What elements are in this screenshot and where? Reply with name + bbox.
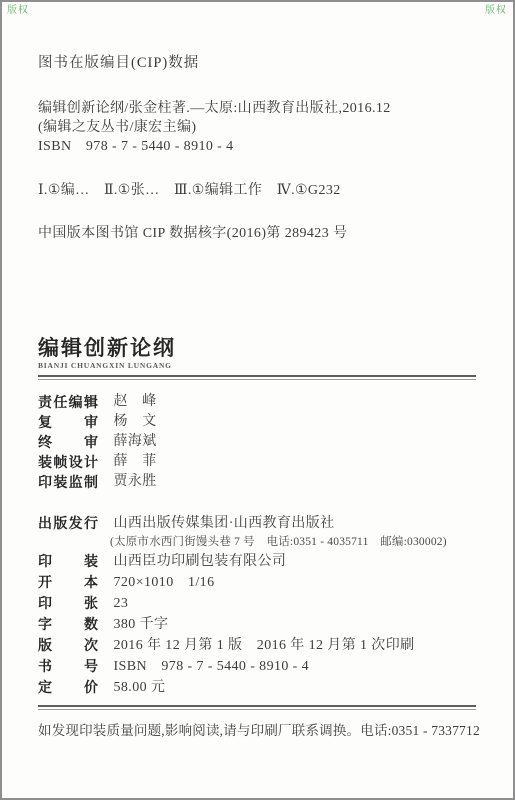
publisher-address-note: (太原市水西门街馒头巷 7 号 电话:0351 - 4035711 邮编:030… (38, 534, 476, 551)
pub-value: 2016 年 12 月第 1 版 2016 年 12 月第 1 次印刷 (114, 635, 415, 656)
pub-value: 山西臣功印刷包装有限公司 (114, 551, 287, 572)
copyright-tag-left: 版权 (7, 5, 29, 17)
pub-label: 书号 (38, 656, 98, 677)
pub-label: 开本 (38, 572, 98, 593)
pub-value: 720×1010 1/16 (114, 572, 215, 593)
pub-row-publisher: 出版发行 山西出版传媒集团·山西教育出版社 (38, 513, 476, 534)
credit-label: 装帧设计 (38, 452, 98, 472)
credit-row-print-supervision: 印装监制 贾永胜 (38, 472, 476, 492)
copyright-tag-right: 版权 (485, 5, 507, 17)
credit-row-second-review: 复审 杨 文 (38, 412, 476, 432)
book-title: 编辑创新论纲 (38, 338, 476, 360)
pub-row-format: 开本 720×1010 1/16 (38, 572, 476, 593)
pub-row-word-count: 字数 380 千字 (38, 614, 476, 635)
pub-label: 版次 (38, 635, 98, 656)
pub-value: 山西出版传媒集团·山西教育出版社 (114, 513, 335, 534)
credits-list: 责任编辑 赵 峰 复审 杨 文 终审 薛海斌 装帧设计 薛 菲 印装监制 贾永胜 (38, 392, 476, 492)
pub-label: 出版发行 (38, 513, 98, 534)
pub-label: 定价 (38, 677, 98, 698)
credit-row-final-review: 终审 薛海斌 (38, 432, 476, 452)
quality-notice: 如发现印装质量问题,影响阅读,请与印刷厂联系调换。电话:0351 - 73377… (38, 722, 476, 740)
credit-value: 薛海斌 (114, 432, 157, 452)
credit-value: 贾永胜 (114, 472, 157, 492)
credit-label: 责任编辑 (38, 392, 98, 412)
footer-divider-rule (38, 705, 476, 710)
pub-value: 58.00 元 (114, 677, 166, 698)
cip-record-line-3: ISBN 978 - 7 - 5440 - 8910 - 4 (38, 137, 476, 156)
pub-row-price: 定价 58.00 元 (38, 677, 476, 698)
pub-row-isbn: 书号 ISBN 978 - 7 - 5440 - 8910 - 4 (38, 656, 476, 677)
pub-label: 印装 (38, 551, 98, 572)
credit-label: 复审 (38, 412, 98, 432)
pub-value: ISBN 978 - 7 - 5440 - 8910 - 4 (114, 656, 310, 677)
credit-row-responsible-editor: 责任编辑 赵 峰 (38, 392, 476, 412)
pub-row-printer: 印装 山西臣功印刷包装有限公司 (38, 551, 476, 572)
credit-row-design: 装帧设计 薛 菲 (38, 452, 476, 472)
pub-label: 字数 (38, 614, 98, 635)
cip-record-line-1: 编辑创新论纲/张金柱著.—太原:山西教育出版社,2016.12 (38, 99, 476, 118)
pub-label: 印张 (38, 593, 98, 614)
credit-label: 印装监制 (38, 472, 98, 492)
cip-heading: 图书在版编目(CIP)数据 (38, 55, 476, 72)
credit-value: 赵 峰 (114, 392, 157, 412)
credit-label: 终审 (38, 432, 98, 452)
pub-row-edition: 版次 2016 年 12 月第 1 版 2016 年 12 月第 1 次印刷 (38, 635, 476, 656)
credit-value: 薛 菲 (114, 452, 157, 472)
pub-row-sheets: 印张 23 (38, 593, 476, 614)
pub-value: 380 千字 (114, 614, 169, 635)
cip-classification: Ⅰ.①编… Ⅱ.①张… Ⅲ.①编辑工作 Ⅳ.①G232 (38, 182, 476, 200)
credit-value: 杨 文 (114, 412, 157, 432)
book-title-pinyin: BIANJI CHUANGXIN LUNGANG (38, 361, 476, 370)
title-divider-rule (38, 375, 476, 380)
copyright-page: 版权 版权 图书在版编目(CIP)数据 编辑创新论纲/张金柱著.—太原:山西教育… (0, 0, 515, 800)
pub-value: 23 (114, 593, 129, 614)
cip-record-line-2: (编辑之友丛书/康宏主编) (38, 118, 476, 137)
cip-registry-number: 中国版本图书馆 CIP 数据核字(2016)第 289423 号 (38, 225, 476, 243)
page-content: 图书在版编目(CIP)数据 编辑创新论纲/张金柱著.—太原:山西教育出版社,20… (38, 2, 476, 740)
cip-record: 编辑创新论纲/张金柱著.—太原:山西教育出版社,2016.12 (编辑之友丛书/… (38, 99, 476, 156)
publication-info-list: 出版发行 山西出版传媒集团·山西教育出版社 (太原市水西门街馒头巷 7 号 电话… (38, 513, 476, 698)
